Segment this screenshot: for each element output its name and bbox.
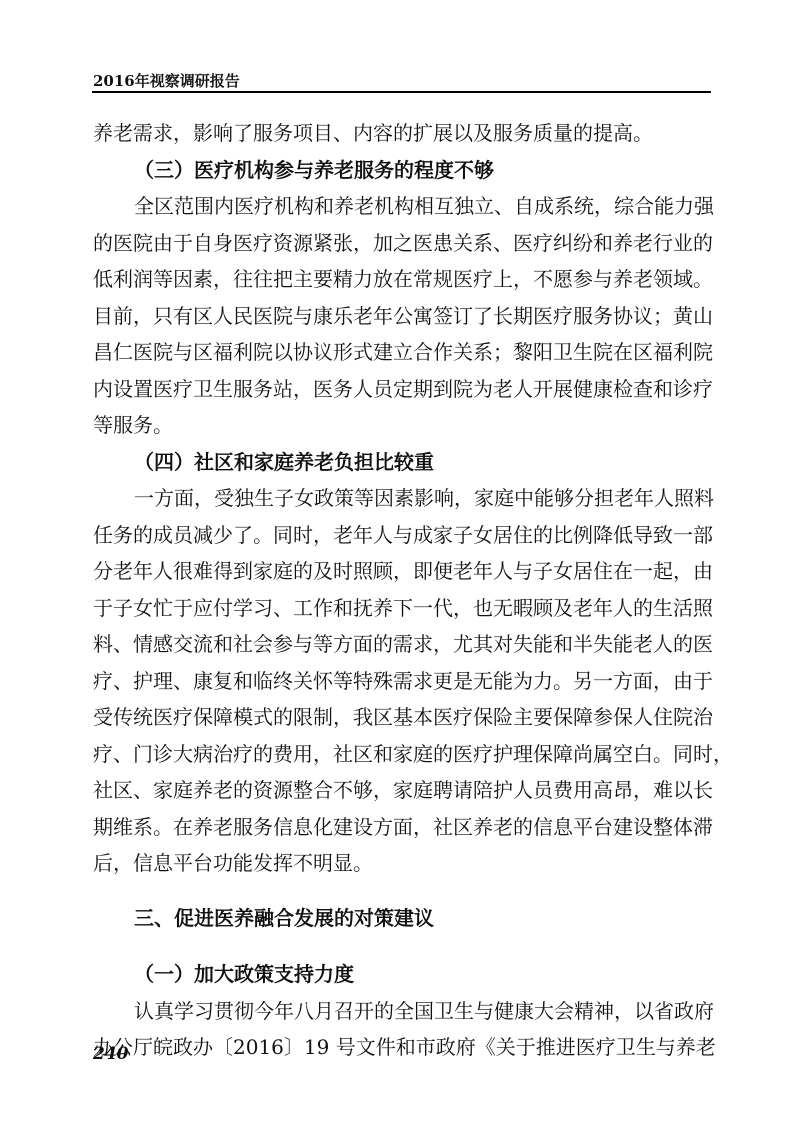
paragraph-line: 养老需求，影响了服务项目、内容的扩展以及服务质量的提高。	[93, 115, 713, 152]
subheading-3: （三）医疗机构参与养老服务的程度不够	[93, 152, 713, 189]
subheading-s3-1: （一）加大政策支持力度	[93, 956, 713, 993]
paragraph-line: 昌仁医院与区福利院以协议形式建立合作关系；黎阳卫生院在区福利院	[93, 334, 713, 371]
paragraph-line: 疗、门诊大病治疗的费用，社区和家庭的医疗护理保障尚属空白。同时，	[93, 736, 713, 773]
paragraph-line: 料、情感交流和社会参与等方面的需求，尤其对失能和半失能老人的医	[93, 626, 713, 663]
paragraph-line: 内设置医疗卫生服务站，医务人员定期到院为老人开展健康检查和诊疗	[93, 371, 713, 408]
paragraph-line: 办公厅皖政办〔2016〕19 号文件和市政府《关于推进医疗卫生与养老	[93, 1029, 713, 1066]
paragraph-line: 后，信息平台功能发挥不明显。	[93, 845, 713, 882]
paragraph-line: 低利润等因素，往往把主要精力放在常规医疗上，不愿参与养老领域。	[93, 261, 713, 298]
header-rule	[92, 91, 711, 93]
document-page: 2016年视察调研报告 养老需求，影响了服务项目、内容的扩展以及服务质量的提高。…	[0, 0, 803, 1133]
paragraph-line: 认真学习贯彻今年八月召开的全国卫生与健康大会精神，以省政府	[93, 993, 713, 1030]
paragraph-line: 分老年人很难得到家庭的及时照顾，即便老年人与子女居住在一起，由	[93, 553, 713, 590]
paragraph-line: 的医院由于自身医疗资源紧张，加之医患关系、医疗纠纷和养老行业的	[93, 225, 713, 262]
body-text: 养老需求，影响了服务项目、内容的扩展以及服务质量的提高。 （三）医疗机构参与养老…	[93, 115, 713, 1066]
paragraph-line: 目前，只有区人民医院与康乐老年公寓签订了长期医疗服务协议；黄山	[93, 298, 713, 335]
paragraph-line: 期维系。在养老服务信息化建设方面，社区养老的信息平台建设整体滞	[93, 809, 713, 846]
paragraph-line: 社区、家庭养老的资源整合不够，家庭聘请陪护人员费用高昂，难以长	[93, 772, 713, 809]
paragraph-line: 一方面，受独生子女政策等因素影响，家庭中能够分担老年人照料	[93, 480, 713, 517]
paragraph-line: 等服务。	[93, 407, 713, 444]
paragraph-line: 受传统医疗保障模式的限制，我区基本医疗保险主要保障参保人住院治	[93, 699, 713, 736]
running-header-title: 2016年视察调研报告	[93, 70, 240, 91]
paragraph-line: 全区范围内医疗机构和养老机构相互独立、自成系统，综合能力强	[93, 188, 713, 225]
section-heading-3: 三、促进医养融合发展的对策建议	[93, 900, 713, 937]
paragraph-line: 疗、护理、康复和临终关怀等特殊需求更是无能为力。另一方面，由于	[93, 663, 713, 700]
paragraph-line: 任务的成员减少了。同时，老年人与成家子女居住的比例降低导致一部	[93, 517, 713, 554]
page-number: 240	[93, 1044, 129, 1064]
subheading-4: （四）社区和家庭养老负担比较重	[93, 444, 713, 481]
paragraph-line: 于子女忙于应付学习、工作和抚养下一代，也无暇顾及老年人的生活照	[93, 590, 713, 627]
